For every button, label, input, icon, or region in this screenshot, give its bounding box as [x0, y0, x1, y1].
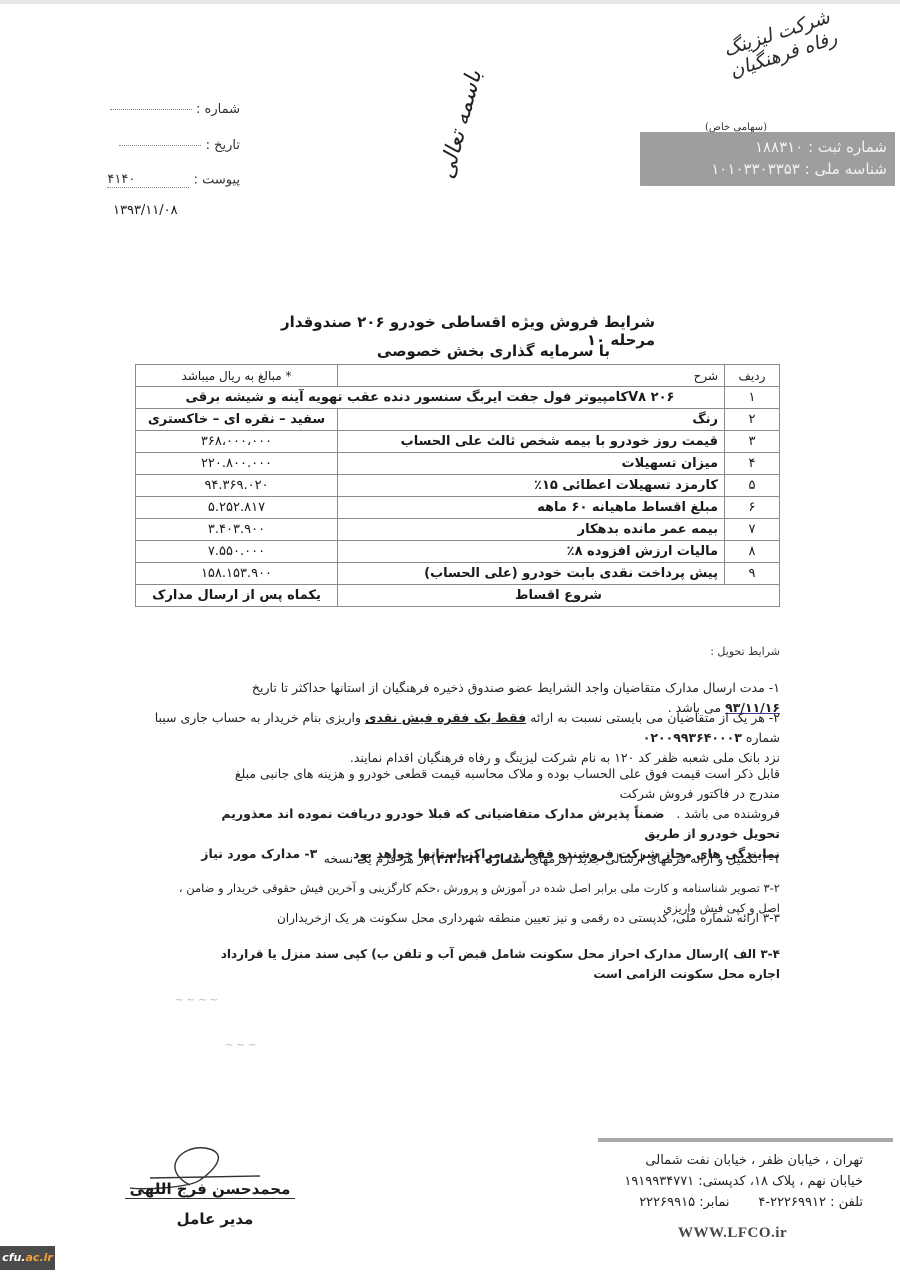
table-row: ۶ مبلغ اقساط ماهیانه ۶۰ ماهه ۵.۲۵۲.۸۱۷ — [136, 497, 780, 519]
number-field: شماره : — [100, 102, 240, 117]
row-description: میزان تسهیلات — [338, 453, 725, 475]
delivery-conditions-label: شرایط تحویل : — [680, 645, 780, 658]
row-value: ۱۵۸.۱۵۳.۹۰۰ — [136, 563, 338, 585]
row-value: ۳.۴۰۳.۹۰۰ — [136, 519, 338, 541]
table-row: ۱ ۲۰۶ V۸کامپیوتر فول جفت ایربگ سنسور دند… — [136, 387, 780, 409]
attachment-label: پیوست : — [194, 173, 240, 188]
row-description: مبلغ اقساط ماهیانه ۶۰ ماهه — [338, 497, 725, 519]
delivery-item-2: ۲- هر یک از متقاضیان می بایستی نسبت به ا… — [120, 708, 780, 768]
row-index: ۷ — [725, 519, 780, 541]
national-id-line: شناسه ملی : ۱۰۱۰۳۳۰۳۳۵۳ — [648, 158, 887, 180]
table-row: ۹ پیش پرداخت نقدی بابت خودرو (علی الحساب… — [136, 563, 780, 585]
fax-number: ۲۲۲۶۹۹۱۵ — [639, 1195, 695, 1210]
row-description: بیمه عمر مانده بدهکار — [338, 519, 725, 541]
account-number: ۰۲۰۰۹۹۳۶۴۰۰۰۳ — [643, 730, 742, 745]
header-description: شرح — [338, 365, 725, 387]
row-description: کارمزد تسهیلات اعطائی ۱۵٪ — [338, 475, 725, 497]
single-receipt-emphasis: فقط یک فقره فیش نقدی — [365, 710, 526, 725]
table-row: ۴ میزان تسهیلات ۲۲۰.۸۰۰.۰۰۰ — [136, 453, 780, 475]
registration-label: شماره ثبت : — [808, 138, 887, 156]
row-index: ۹ — [725, 563, 780, 585]
address-line-2: خیابان نهم ، پلاک ۱۸، کدپستی: ۱۹۱۹۹۳۴۷۷۱ — [598, 1171, 863, 1192]
company-logo: شرکت لیزینگ رفاه فرهنگیان (سهامی خاص) — [705, 22, 855, 132]
company-address: تهران ، خیابان ظفر ، خیابان نفت شمالی خی… — [598, 1150, 863, 1213]
watermark-prefix: cfu. — [2, 1251, 25, 1264]
scan-edge — [0, 0, 900, 4]
registration-number: ۱۸۸۳۱۰ — [755, 138, 803, 156]
fax-label: نمابر: — [699, 1195, 729, 1210]
row-index: ۶ — [725, 497, 780, 519]
handwritten-date: ۱۳۹۳/۱۱/۰۸ — [113, 203, 178, 218]
price-note-line2: فروشنده می باشد . ضمناً پذیرش مدارک متقا… — [200, 804, 780, 844]
header-index: ردیف — [725, 365, 780, 387]
faint-scribble: ~ ~ ~ — [225, 1040, 257, 1051]
phone-label: تلفن : — [830, 1195, 863, 1210]
installment-start-value: یکماه پس از ارسال مدارک — [136, 585, 338, 607]
delivery-item-2-prefix: ۲- هر یک از متقاضیان می بایستی نسبت به ا… — [526, 710, 780, 725]
table-row: ۲ رنگ سفید – نقره ای – خاکستری — [136, 409, 780, 431]
phone-number: ۲۲۲۶۹۹۱۲-۴ — [758, 1195, 826, 1210]
table-row: ۳ قیمت روز خودرو با بیمه شخص ثالث علی ال… — [136, 431, 780, 453]
national-id-label: شناسه ملی : — [805, 160, 887, 178]
row-description: قیمت روز خودرو با بیمه شخص ثالث علی الحس… — [338, 431, 725, 453]
required-doc-3: ۳-۳ ارائه شماره ملی، کدپستی ده رقمی و نی… — [200, 908, 780, 928]
address-line-1: تهران ، خیابان ظفر ، خیابان نفت شمالی — [598, 1150, 863, 1171]
sales-terms-table: ردیف شرح * مبالغ به ریال میباشد ۱ ۲۰۶ V۸… — [135, 364, 780, 607]
date-label: تاریخ : — [206, 138, 240, 153]
number-value — [110, 109, 192, 110]
delivery-item-1-text: ۱- مدت ارسال مدارک متقاضیان واجد الشرایط… — [252, 680, 780, 695]
price-note-line1: قابل ذکر است قیمت فوق علی الحساب بوده و … — [200, 764, 780, 804]
table-header-row: ردیف شرح * مبالغ به ریال میباشد — [136, 365, 780, 387]
header-value: * مبالغ به ریال میباشد — [136, 365, 338, 387]
row-index: ۸ — [725, 541, 780, 563]
row-description: پیش پرداخت نقدی بابت خودرو (علی الحساب) — [338, 563, 725, 585]
required-doc-4: ۳-۴ الف )ارسال مدارک احراز محل سکونت شام… — [200, 944, 780, 984]
national-id: ۱۰۱۰۳۳۰۳۳۵۳ — [711, 160, 800, 178]
footer-divider — [598, 1138, 893, 1142]
required-doc-1-prefix: ۳-۱ تکمیل و ارائه فرمهای ارسالی جدید (فر… — [525, 851, 780, 866]
required-doc-1-forms: شماره ۴،۳،۲،۱ — [436, 851, 525, 866]
date-value — [119, 145, 201, 146]
watermark-accent: ac.ir — [26, 1251, 53, 1264]
row-value: ۷.۵۵۰.۰۰۰ — [136, 541, 338, 563]
attachment-value: ۴۱۴۰ — [107, 172, 189, 188]
attachment-field: پیوست : ۴۱۴۰ — [100, 172, 240, 188]
row-value: ۵.۲۵۲.۸۱۷ — [136, 497, 338, 519]
delivery-item-2-line1: ۲- هر یک از متقاضیان می بایستی نسبت به ا… — [120, 708, 780, 748]
signatory-title: مدیر عامل — [160, 1210, 270, 1228]
faint-scribble: ~ ~ ~ ~ — [175, 995, 218, 1006]
table-row: ۵ کارمزد تسهیلات اعطائی ۱۵٪ ۹۴.۳۶۹.۰۲۰ — [136, 475, 780, 497]
table-row: ۷ بیمه عمر مانده بدهکار ۳.۴۰۳.۹۰۰ — [136, 519, 780, 541]
table-footer-row: شروع اقساط یکماه پس از ارسال مدارک — [136, 585, 780, 607]
registration-box: شماره ثبت : ۱۸۸۳۱۰ شناسه ملی : ۱۰۱۰۳۳۰۳۳… — [640, 132, 895, 186]
table-row: ۸ مالیات ارزش افزوده ۸٪ ۷.۵۵۰.۰۰۰ — [136, 541, 780, 563]
number-label: شماره : — [196, 102, 240, 117]
row-index: ۴ — [725, 453, 780, 475]
company-website: WWW.LFCO.ir — [678, 1225, 787, 1242]
document-subtitle: با سرمایه گذاری بخش خصوصی — [300, 342, 610, 360]
row-description: ۲۰۶ V۸کامپیوتر فول جفت ایربگ سنسور دنده … — [136, 387, 725, 409]
row-value: ۲۲۰.۸۰۰.۰۰۰ — [136, 453, 338, 475]
signatory-name: محمدحسن فرج اللهی — [125, 1180, 295, 1199]
row-description: رنگ — [338, 409, 725, 431]
row-index: ۲ — [725, 409, 780, 431]
required-doc-1: ۳-۱ تکمیل و ارائه فرمهای ارسالی جدید (فر… — [200, 849, 780, 869]
row-value: سفید – نقره ای – خاکستری — [136, 409, 338, 431]
price-note-line2-plain: فروشنده می باشد . — [676, 806, 780, 821]
required-doc-1-suffix: ) از هر فرم یک نسخه — [324, 851, 436, 866]
company-calligraphy: شرکت لیزینگ رفاه فرهنگیان — [702, 0, 858, 88]
row-description: مالیات ارزش افزوده ۸٪ — [338, 541, 725, 563]
bismillah-heading: باسمه تعالی — [434, 68, 487, 182]
row-index: ۵ — [725, 475, 780, 497]
source-watermark: cfu.ac.ir — [0, 1246, 55, 1270]
installment-start-label: شروع اقساط — [338, 585, 780, 607]
row-value: ۳۶۸،۰۰۰،۰۰۰ — [136, 431, 338, 453]
row-index: ۱ — [725, 387, 780, 409]
row-value: ۹۴.۳۶۹.۰۲۰ — [136, 475, 338, 497]
row-index: ۳ — [725, 431, 780, 453]
registration-line: شماره ثبت : ۱۸۸۳۱۰ — [648, 136, 887, 158]
date-field: تاریخ : — [100, 138, 240, 153]
contact-line: تلفن : ۲۲۲۶۹۹۱۲-۴ نمابر: ۲۲۲۶۹۹۱۵ — [598, 1192, 863, 1213]
